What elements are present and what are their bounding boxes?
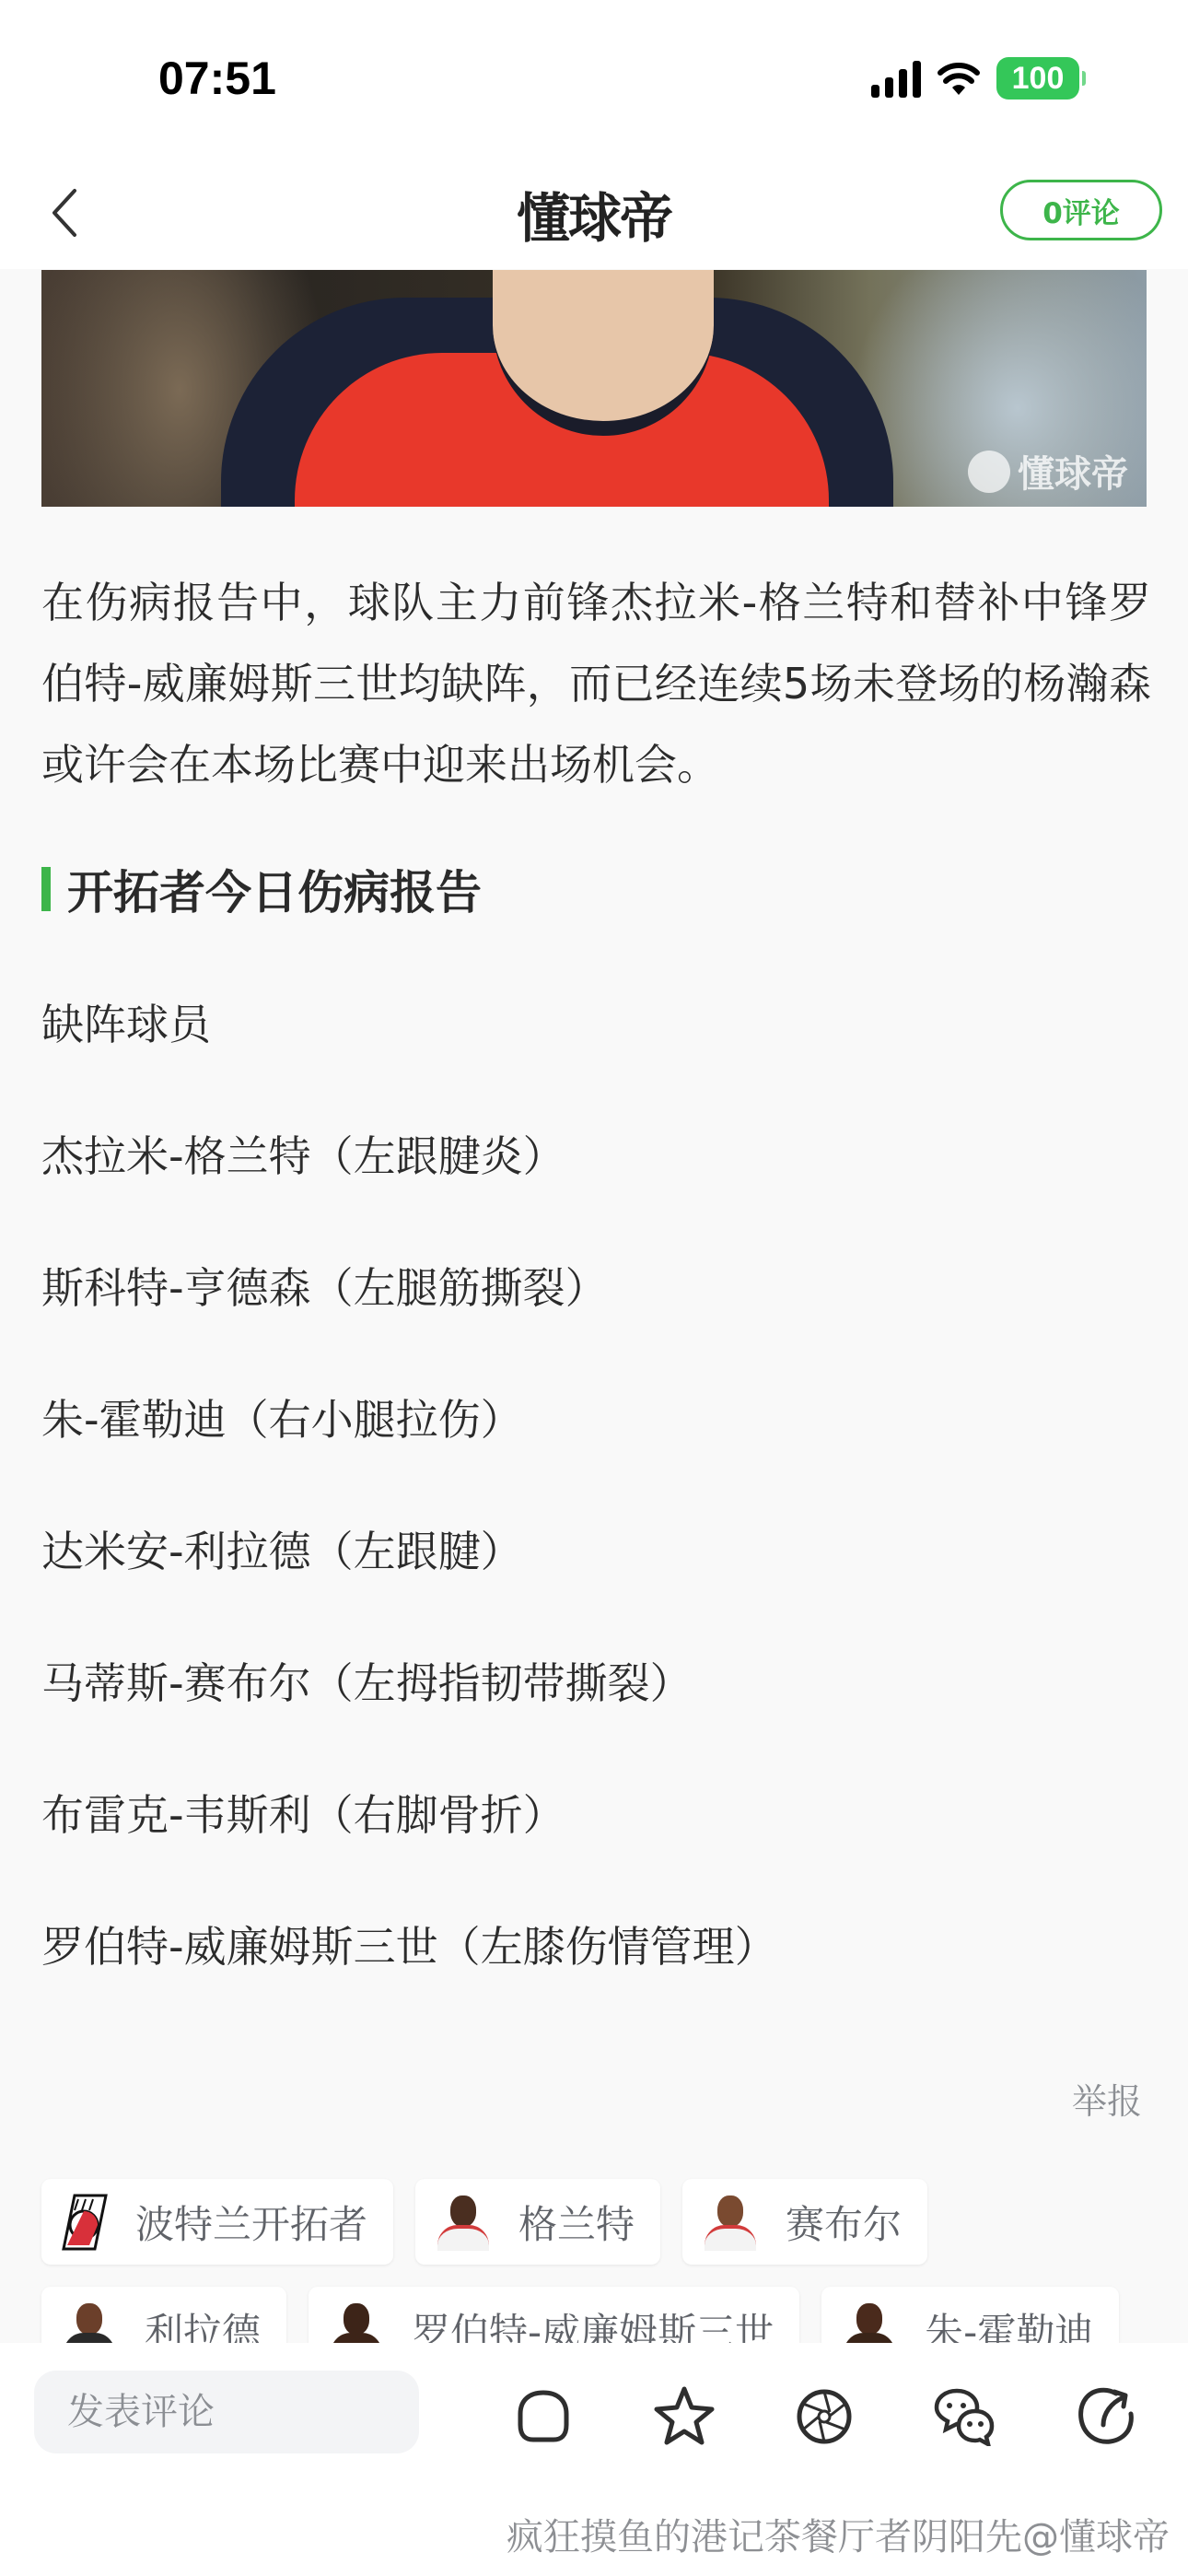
injury-list: 缺阵球员 杰拉米-格兰特（左跟腱炎） 斯科特-亨德森（左腿筋撕裂） 朱-霍勒迪（… bbox=[41, 993, 777, 2047]
article-image[interactable]: 懂球帝 bbox=[41, 270, 1147, 507]
list-item-header: 缺阵球员 bbox=[41, 993, 777, 1125]
image-watermark: 懂球帝 bbox=[968, 445, 1128, 498]
ball-logo-icon bbox=[968, 451, 1010, 493]
tag-player[interactable]: 格兰特 bbox=[415, 2179, 660, 2265]
share-wechat-button[interactable] bbox=[933, 2380, 997, 2453]
article-paragraph: 在伤病报告中，球队主力前锋杰拉米-格兰特和替补中锋罗伯特-威廉姆斯三世均缺阵，而… bbox=[41, 562, 1151, 805]
section-accent-bar bbox=[41, 867, 51, 911]
list-item: 布雷克-韦斯利（右脚骨折） bbox=[41, 1784, 777, 1915]
list-item: 杰拉米-格兰特（左跟腱炎） bbox=[41, 1125, 777, 1257]
tag-label: 赛布尔 bbox=[786, 2195, 902, 2250]
status-bar: 07:51 100 bbox=[0, 0, 1188, 157]
list-item: 达米安-利拉德（左跟腱） bbox=[41, 1520, 777, 1652]
nav-bar: 懂球帝 0评论 bbox=[0, 157, 1188, 269]
team-logo-icon bbox=[62, 2194, 108, 2251]
section-heading: 开拓者今日伤病报告 bbox=[41, 857, 482, 921]
tag-player[interactable]: 赛布尔 bbox=[682, 2179, 927, 2265]
share-moments-button[interactable] bbox=[792, 2380, 856, 2453]
list-item: 罗伯特-威廉姆斯三世（左膝伤情管理） bbox=[41, 1915, 777, 2047]
moments-icon bbox=[795, 2387, 854, 2446]
action-toolbar bbox=[511, 2380, 1137, 2453]
comment-button[interactable] bbox=[511, 2380, 576, 2453]
section-heading-text: 开拓者今日伤病报告 bbox=[67, 856, 482, 922]
comment-icon bbox=[515, 2388, 572, 2445]
comment-input[interactable] bbox=[34, 2371, 419, 2453]
player-avatar bbox=[436, 2194, 491, 2251]
wechat-icon bbox=[933, 2387, 997, 2446]
watermark-text: 懂球帝 bbox=[1018, 445, 1128, 498]
wifi-icon bbox=[938, 60, 980, 97]
status-time: 07:51 bbox=[158, 52, 276, 105]
list-item: 斯科特-亨德森（左腿筋撕裂） bbox=[41, 1257, 777, 1388]
tag-team[interactable]: 波特兰开拓者 bbox=[41, 2179, 393, 2265]
status-icons: 100 bbox=[871, 57, 1079, 100]
comment-count-button[interactable]: 0评论 bbox=[1000, 180, 1162, 240]
tag-label: 格兰特 bbox=[518, 2195, 635, 2250]
list-item: 朱-霍勒迪（右小腿拉伤） bbox=[41, 1388, 777, 1520]
player-avatar bbox=[703, 2194, 758, 2251]
battery-icon: 100 bbox=[996, 57, 1079, 100]
footer-credit: 疯狂摸鱼的港记茶餐厅者阴阳先@懂球帝 bbox=[507, 2508, 1170, 2560]
share-button[interactable] bbox=[1073, 2380, 1137, 2453]
tag-row: 波特兰开拓者 格兰特 赛布尔 bbox=[41, 2179, 1156, 2265]
share-icon bbox=[1076, 2386, 1135, 2447]
report-link[interactable]: 举报 bbox=[1072, 2073, 1142, 2124]
tag-label: 波特兰开拓者 bbox=[135, 2195, 367, 2250]
favorite-button[interactable] bbox=[652, 2380, 716, 2453]
list-item: 马蒂斯-赛布尔（左拇指韧带撕裂） bbox=[41, 1652, 777, 1784]
signal-icon bbox=[871, 59, 921, 98]
star-icon bbox=[653, 2385, 716, 2448]
